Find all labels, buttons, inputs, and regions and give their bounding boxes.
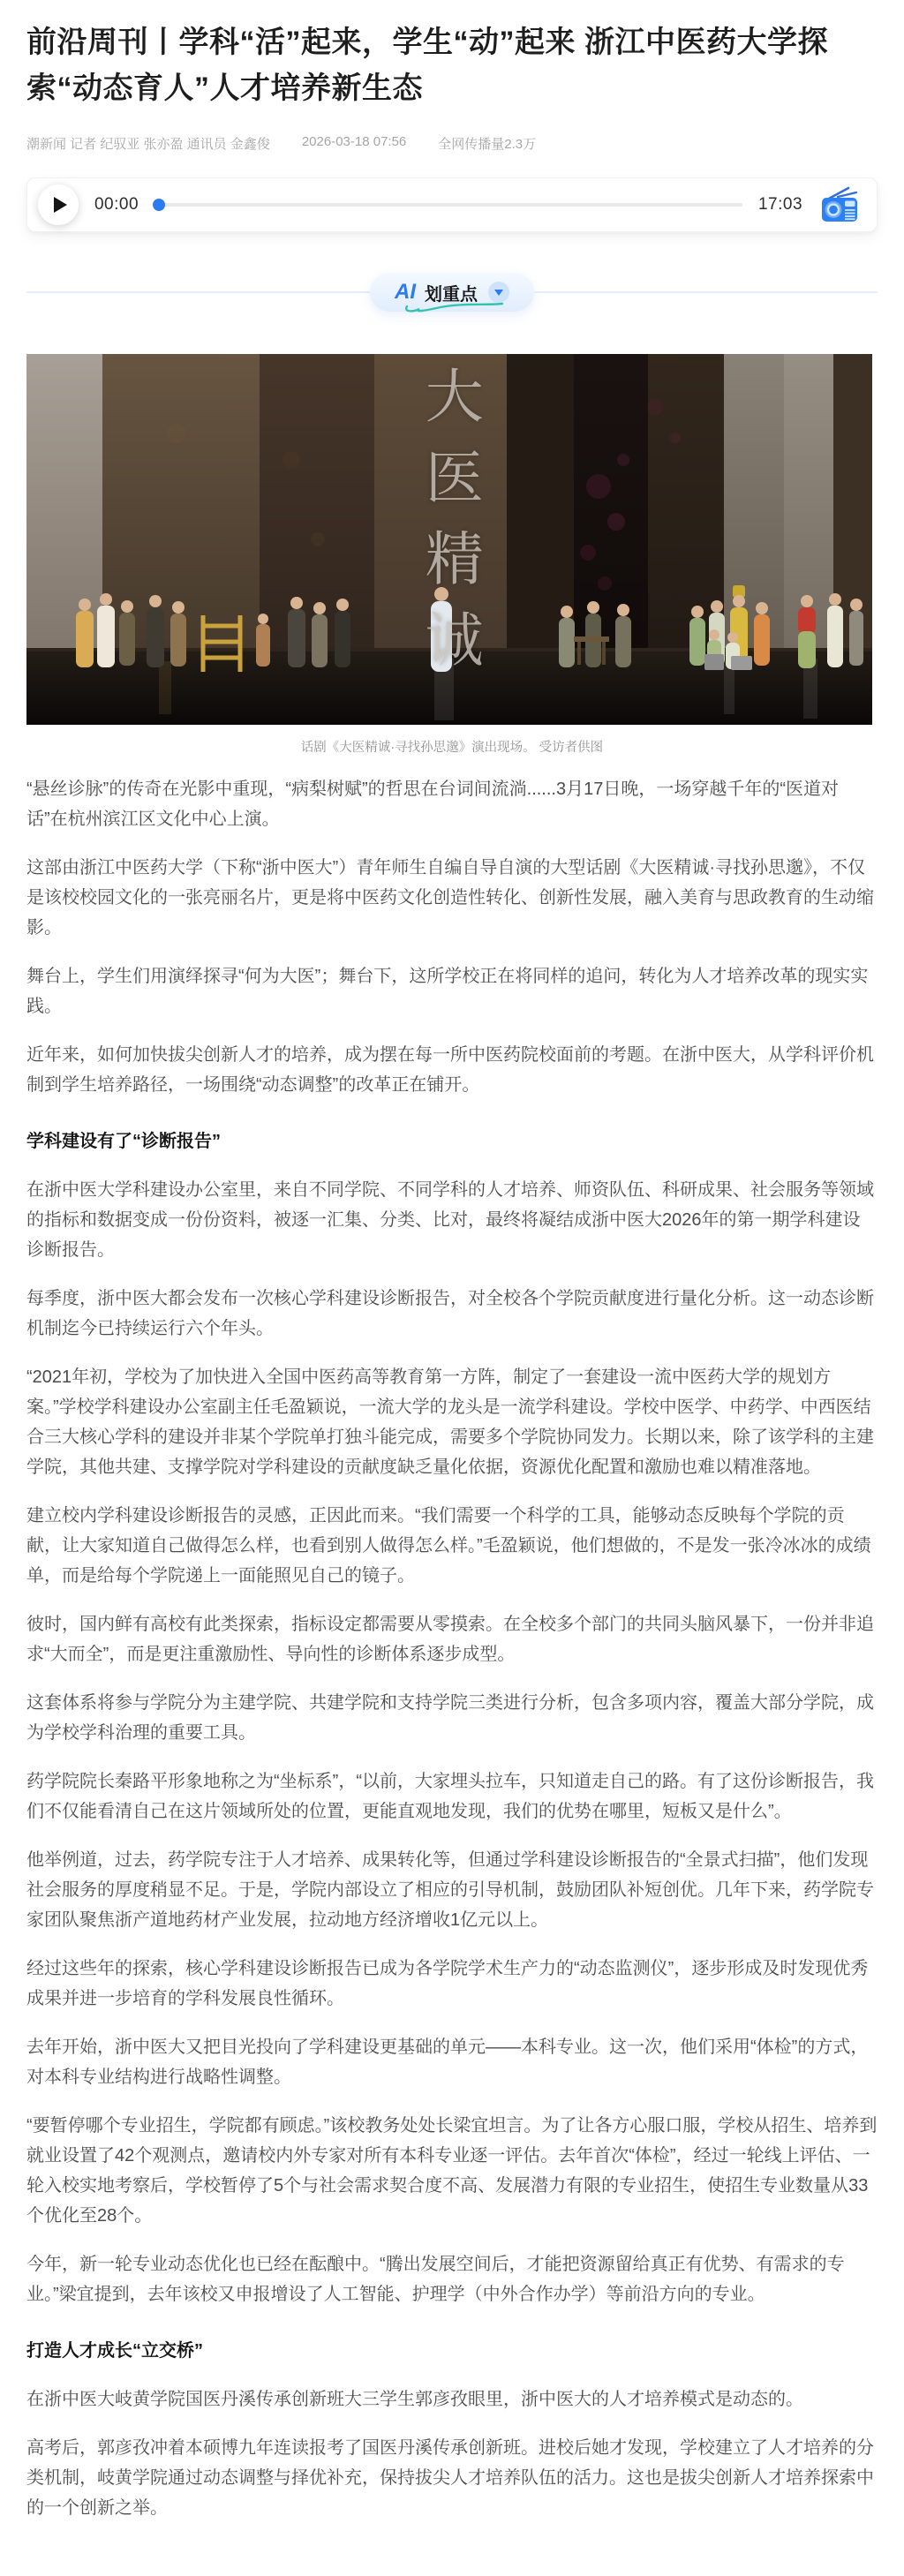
article-paragraph: “2021年初，学校为了加快进入全国中医药高等教育第一方阵，制定了一套建设一流中… [26,1362,878,1482]
ai-highlight-row: AI 划重点 [26,273,878,312]
audio-player: 00:00 17:03 [26,177,878,232]
divider-line-left [26,291,370,293]
page-title: 前沿周刊丨学科“活”起来，学生“动”起来 浙江中医药大学探索“动态育人”人才培养… [26,19,878,111]
ai-logo-wrap: AI 划重点 [395,280,478,305]
byline: 潮新闻 记者 纪驭亚 张亦盈 通讯员 金鑫俊 2026-03-18 07:56 … [26,134,878,153]
article-paragraph: 近年来，如何加快拔尖创新人才的培养，成为摆在每一所中医药院校面前的考题。在浙中医… [26,1040,878,1100]
article-body: “悬丝诊脉”的传奇在光影中重现，“病梨树赋”的哲思在台词间流淌......3月1… [26,774,878,2568]
byline-spread-count: 全网传播量2.3万 [438,134,536,153]
article-paragraph: “要暂停哪个专业招生，学院都有顾虑。”该校教务处处长梁宜坦言。为了让各方心服口服… [26,2111,878,2231]
article-photo: 大医精诚 [26,354,872,725]
play-icon [54,197,67,213]
article-paragraph: 今年，新一轮专业动态优化也已经在酝酿中。“腾出发展空间后，才能把资源留给真正有优… [26,2249,878,2309]
divider-line-right [534,291,878,293]
current-time: 00:00 [93,195,140,215]
article-paragraph: “悬丝诊脉”的传奇在光影中重现，“病梨树赋”的哲思在台词间流淌......3月1… [26,774,878,834]
article-paragraph: 这套体系将参与学院分为主建学院、共建学院和支持学院三类进行分析，包含多项内容，覆… [26,1688,878,1748]
section-heading: 打造人才成长“立交桥” [26,2336,878,2366]
ai-highlight-button[interactable]: AI 划重点 [370,273,534,312]
play-button[interactable] [38,185,79,225]
photo-caption: 话剧《大医精诚·寻找孙思邈》演出现场。 受访者供图 [26,737,878,756]
progress-track[interactable] [154,203,742,207]
article-paragraph: 他举例道，过去，药学院专注于人才培养、成果转化等，但通过学科建设诊断报告的“全景… [26,1845,878,1935]
article-paragraph: 高考后，郭彦孜冲着本硕博九年连读报考了国医丹溪传承创新班。进校后她才发现，学校建… [26,2433,878,2523]
article-page: 前沿周刊丨学科“活”起来，学生“动”起来 浙江中医药大学探索“动态育人”人才培养… [26,0,878,2568]
stage-photo-illustration [26,354,872,725]
ai-swoosh-underline [402,299,508,313]
article-paragraph: 去年开始，浙中医大又把目光投向了学科建设更基础的单元——本科专业。这一次，他们采… [26,2032,878,2092]
radio-icon[interactable] [818,185,859,224]
section-heading: 学科建设有了“诊断报告” [26,1126,878,1156]
article-paragraph: 建立校内学科建设诊断报告的灵感，正因此而来。“我们需要一个科学的工具，能够动态反… [26,1501,878,1591]
byline-datetime: 2026-03-18 07:56 [302,134,406,153]
article-paragraph: 经过这些年的探索，核心学科建设诊断报告已成为各学院学术生产力的“动态监测仪”，逐… [26,1954,878,2014]
article-paragraph: 在浙中医大岐黄学院国医丹溪传承创新班大三学生郭彦孜眼里，浙中医大的人才培养模式是… [26,2384,878,2414]
duration-time: 17:03 [757,195,804,215]
article-paragraph: 舞台上，学生们用演绎探寻“何为大医”；舞台下，这所学校正在将同样的追问，转化为人… [26,961,878,1021]
article-paragraph: 在浙中医大学科建设办公室里，来自不同学院、不同学科的人才培养、师资队伍、科研成果… [26,1175,878,1265]
article-paragraph: 彼时，国内鲜有高校有此类探索，指标设定都需要从零摸索。在全校多个部门的共同头脑风… [26,1609,878,1669]
article-paragraph: 每季度，浙中医大都会发布一次核心学科建设诊断报告，对全校各个学院贡献度进行量化分… [26,1284,878,1344]
article-paragraph: 药学院院长秦路平形象地称之为“坐标系”，“以前，大家埋头拉车，只知道走自己的路。… [26,1766,878,1827]
byline-authors: 潮新闻 记者 纪驭亚 张亦盈 通讯员 金鑫俊 [26,134,270,153]
article-paragraph: 这部由浙江中医药大学（下称“浙中医大”）青年师生自编自导自演的大型话剧《大医精诚… [26,853,878,943]
progress-knob[interactable] [153,199,165,211]
